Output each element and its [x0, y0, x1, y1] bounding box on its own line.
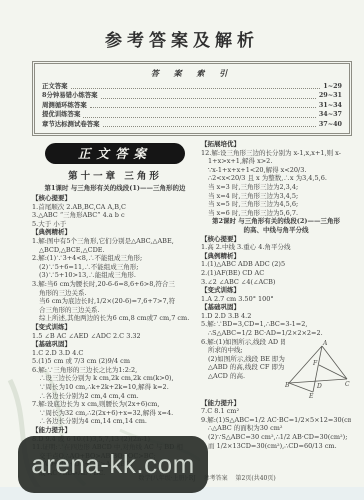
text-line: 的高、中线与角平分线 — [201, 226, 351, 235]
text-line: (3)∵5+10>13,∴能组成三角形. — [32, 271, 198, 280]
index-row: 提优训练答案34~37 — [42, 110, 342, 119]
text-line: 【典例精析】 — [32, 228, 198, 237]
index-row: 章节达标测试卷答案37~40 — [42, 120, 342, 129]
text-line: 1.(1)△ABC ADB ADC (2)5 — [201, 260, 351, 269]
figure-label-f: F — [312, 360, 318, 367]
text-line: 1.A 2.7 cm 3.50° 100° — [201, 295, 351, 304]
dotted-leader — [90, 102, 316, 108]
index-label: 章节达标测试卷答案 — [42, 120, 100, 129]
text-line: △BCD,△BCE,△CDE. — [32, 246, 198, 255]
text-line: 3.解:当6 cm为腰长时,20-6-6=8,6+6>8,符合三 — [32, 280, 198, 289]
index-label: 周测循环练答案 — [42, 101, 87, 110]
text-line: 6.解:(1)如图所示,线段 AD 即为 — [201, 338, 285, 347]
index-row: 正文答案1~29 — [42, 82, 342, 91]
page-title: 参考答案及解析 — [0, 26, 364, 51]
index-label: 8分钟易错小练答案 — [42, 91, 98, 100]
watermark-text: arena-kk.com — [31, 449, 195, 480]
text-line: ∴设三边长分别为 k cm,2k cm,2k cm(k>0), — [32, 374, 198, 383]
text-line: 5.解:∵BD=3,CD=1,∴BC=3-1=2, — [201, 320, 351, 329]
text-line: 1.5 ∠B AC ∠AED ∠ADC 2.C 3.32 — [32, 332, 198, 341]
text-line: 3.∠2 ∠ABC ∠4(∠ACB) — [201, 278, 351, 287]
text-line: 【基础巩固】 — [32, 340, 198, 349]
triangle-figure: A B C D E F — [285, 339, 351, 399]
text-line: 【能力提升】 — [201, 399, 351, 408]
index-page-range: 29~31 — [319, 91, 342, 100]
text-line: 1.D 2.D 3.B 4.2 — [201, 312, 351, 321]
text-line: ∴各边长分别为2 cm,4 cm,4 cm. — [32, 392, 198, 401]
figure-block: 6.解:(1)如图所示,线段 AD 即为所求的中线;(2)如图所示,线段 BE … — [201, 338, 351, 399]
text-line: △ABD 的高,线段 CF 即为 — [201, 363, 285, 372]
text-line: 6.解:∵三角形的三边长之比为1:2:2, — [32, 366, 198, 375]
text-line: △ACD 的高. — [201, 372, 285, 381]
index-row: 8分钟易错小练答案29~31 — [42, 91, 342, 100]
text-line: 综上所述,其他两边的长为6 cm,8 cm或7 cm,7 cm. — [32, 314, 198, 323]
dotted-leader — [103, 121, 316, 127]
text-line: ∵周长为32 cm,∴2(2x+6)+x=32,解得 x=4. — [32, 409, 198, 418]
text-line: 【能力提升】 — [32, 426, 198, 435]
text-line: 第2课时 与三角形有关的线段(2)——三角形 — [201, 217, 351, 226]
text-line: ∵x-1+x+x+1<20,解得 x<20/3. — [201, 166, 351, 175]
text-line: 1.首尾顺次 2.AB,BC,CA A,B,C — [32, 203, 198, 212]
answer-index-rows: 正文答案1~298分钟易错小练答案29~31周测循环练答案31~34提优训练答案… — [42, 82, 342, 129]
text-line: 【变式训练】 — [201, 286, 351, 295]
text-line: 2.解:(1)∵3+4<8,∴不能组成三角形; — [32, 254, 198, 263]
text-line: ∴△ABC 的面积为30 cm² — [201, 424, 351, 433]
page-content: 参考答案及解析 答 案 索 引 正文答案1~298分钟易错小练答案29~31周测… — [0, 0, 364, 500]
text-line: 9.解:(1)S△ABC=1/2 AC·BC=1/2×5×12=30(cm²); — [201, 416, 351, 425]
text-line: 当6 cm为底边长时,1/2×(20-6)=7,6+7>7,符 — [32, 297, 198, 306]
text-line: ∵周长为10 cm,∴k+2k+2k=10,解得 k=2. — [32, 383, 198, 392]
text-line: 【核心提要】 — [32, 194, 198, 203]
index-label: 提优训练答案 — [42, 110, 80, 119]
figure-label-a: A — [322, 340, 328, 347]
dotted-leader — [71, 83, 321, 89]
text-line: 【基础巩固】 — [201, 303, 351, 312]
text-line: 1.C 2.D 3.D 4.C — [32, 349, 198, 358]
text-line: 【变式训练】 — [32, 323, 198, 332]
text-line: 5.大于 小于 — [32, 220, 198, 229]
text-line: 当 x=4 时,三角形三边为3,4,5; — [201, 192, 351, 201]
text-line: 3.△ABC “三角形ABC” 4.a b c — [32, 211, 198, 220]
text-line: 【拓展培优】 — [201, 140, 351, 149]
text-line: 1.高 2.中线 3.重心 4.角平分线 — [201, 243, 351, 252]
text-line: 合三角形的三边关系. — [32, 306, 198, 315]
text-line: 2.(1)AF(BE) CD AC — [201, 269, 351, 278]
right-answer-lines-top: 【拓展培优】12.解:设三角形三边的长分别为 x-1,x,x+1,则 x-1+x… — [201, 140, 351, 338]
text-line: 所求的中线; — [201, 346, 285, 355]
text-line: (2)∵5+6=11,∴不能组成三角形; — [32, 263, 198, 272]
figure-caption-lines: 6.解:(1)如图所示,线段 AD 即为所求的中线;(2)如图所示,线段 BE … — [201, 338, 285, 381]
lesson-heading: 第1课时 与三角形有关的线段(1)——三角形的边 — [32, 184, 198, 193]
dotted-leader — [83, 112, 316, 118]
text-line: 7.C 8.1 cm² — [201, 407, 351, 416]
text-line: 1.解:图中有5个三角形,它们分别是△ABC,△ABE, — [32, 237, 198, 246]
watermark-overlay: arena-kk.com — [18, 436, 208, 493]
text-line: ∴2<x<20/3 且 x 为整数,∴x 为3,4,5,6. — [201, 174, 351, 183]
text-line: 当 x=3 时,三角形三边为2,3,4; — [201, 183, 351, 192]
text-line: 当 x=6 时,三角形三边为5,6,7. — [201, 209, 351, 218]
text-line: 1+x>x+1,解得 x>2. — [201, 157, 351, 166]
index-page-range: 1~29 — [323, 82, 342, 91]
answer-index-box: 答 案 索 引 正文答案1~298分钟易错小练答案29~31周测循环练答案31~… — [32, 61, 352, 136]
index-row: 周测循环练答案31~34 — [42, 101, 342, 110]
text-line: 【核心提要】 — [201, 235, 351, 244]
dotted-leader — [101, 93, 316, 99]
index-page-range: 31~34 — [319, 101, 342, 110]
left-column: 正文答案 第十一章 三角形 第1课时 与三角形有关的线段(1)——三角形的边 【… — [32, 142, 198, 480]
index-label: 正文答案 — [42, 82, 68, 91]
right-column: 【拓展培优】12.解:设三角形三边的长分别为 x-1,x,x+1,则 x-1+x… — [201, 140, 351, 470]
text-line: (2)如图所示,线段 BE 即为 — [201, 355, 285, 364]
figure-label-e: E — [308, 393, 314, 399]
figure-label-d: D — [316, 383, 322, 390]
text-line: 12.解:设三角形三边的长分别为 x-1,x,x+1,则 x- — [201, 149, 351, 158]
text-line: 而 1/2×13CD=30(cm²),∴CD=60/13 cm. — [201, 442, 351, 451]
text-line: ∴S△ABC=1/2 BC·AD=1/2×2×2=2. — [201, 329, 351, 338]
index-page-range: 34~37 — [319, 110, 342, 119]
text-line: ∴各边长分别为4 cm,14 cm,14 cm. — [32, 417, 198, 426]
text-line: 【典例精析】 — [201, 252, 351, 261]
text-line: 角形的三边关系. — [32, 289, 198, 298]
text-line: 5.(1)5 cm 或 7/3 cm (2)9/4 cm — [32, 357, 198, 366]
right-answer-lines-bottom: 【能力提升】7.C 8.1 cm²9.解:(1)S△ABC=1/2 AC·BC=… — [201, 399, 351, 451]
figure-label-c: C — [345, 381, 350, 388]
index-page-range: 37~40 — [319, 120, 342, 129]
text-line: 7.解:设底边长为 x cm,则腰长为(2x+6)cm, — [32, 400, 198, 409]
text-line: 当 x=5 时,三角形三边为4,5,6; — [201, 200, 351, 209]
chapter-heading: 第十一章 三角形 — [32, 168, 198, 182]
section-banner: 正文答案 — [45, 143, 185, 164]
text-line: (2)∵S△ABC=30 cm²,∴1/2 AB·CD=30(cm²); — [201, 433, 351, 442]
answer-index-header: 答 案 索 引 — [42, 68, 342, 79]
figure-label-b: B — [285, 382, 290, 389]
